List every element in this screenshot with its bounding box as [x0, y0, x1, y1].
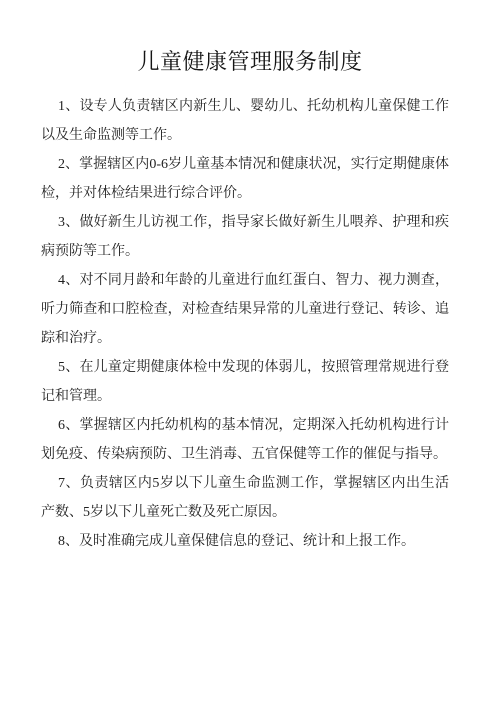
paragraph-3: 3、做好新生儿访视工作，指导家长做好新生儿喂养、护理和疾病预防等工作。: [41, 208, 449, 266]
paragraph-2: 2、掌握辖区内0-6岁儿童基本情况和健康状况，实行定期健康体 检，并对体检结果进…: [41, 150, 449, 208]
document-page: 儿童健康管理服务制度 1、设专人负责辖区内新生儿、婴幼儿、托幼机构儿童保健工作以…: [0, 0, 500, 707]
paragraph-5: 5、在儿童定期健康体检中发现的体弱儿，按照管理常规进行登记和管理。: [41, 353, 449, 411]
paragraph-7: 7、负责辖区内5岁以下儿童生命监测工作，掌握辖区内出生活产数、5岁以下儿童死亡数…: [41, 469, 449, 527]
document-body: 1、设专人负责辖区内新生儿、婴幼儿、托幼机构儿童保健工作以及生命监测等工作。 2…: [0, 77, 500, 556]
paragraph-4: 4、对不同月龄和年龄的儿童进行血红蛋白、智力、视力测查，听力筛查和口腔检查，对检…: [41, 266, 449, 353]
paragraph-8: 8、及时准确完成儿童保健信息的登记、统计和上报工作。: [41, 527, 449, 556]
paragraph-1: 1、设专人负责辖区内新生儿、婴幼儿、托幼机构儿童保健工作以及生命监测等工作。: [41, 92, 449, 150]
document-title: 儿童健康管理服务制度: [0, 0, 500, 77]
paragraph-6: 6、掌握辖区内托幼机构的基本情况，定期深入托幼机构进行计划免疫、传染病预防、卫生…: [41, 411, 449, 469]
